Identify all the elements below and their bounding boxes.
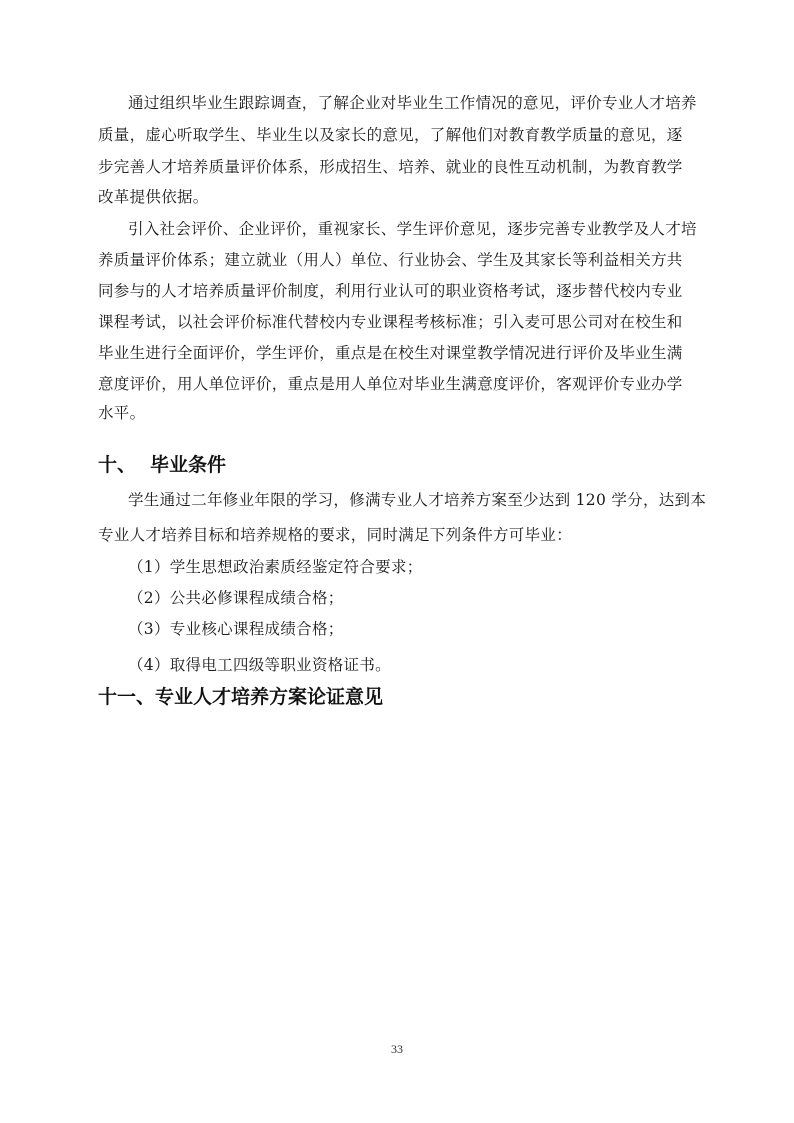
text-line: 专业人才培养目标和培养规格的要求，同时满足下列条件方可毕业： — [98, 525, 708, 545]
text-line: 课程考试，以社会评价标准代替校内专业课程考核标准；引入麦可思公司对在校生和 — [98, 312, 708, 332]
section-heading-graduation-requirements: 十、毕业条件 — [98, 453, 226, 477]
text-line: 质量，虚心听取学生、毕业生以及家长的意见，了解他们对教育教学质量的意见，逐 — [98, 125, 708, 145]
section-title: 专业人才培养方案论证意见 — [155, 686, 383, 708]
list-item: （2）公共必修课程成绩合格； — [128, 588, 738, 608]
text-line: 养质量评价体系；建立就业（用人）单位、行业协会、学生及其家长等利益相关方共 — [98, 250, 708, 270]
text-line: 同参与的人才培养质量评价制度，利用行业认可的职业资格考试，逐步替代校内专业 — [98, 281, 708, 301]
text-line: 步完善人才培养质量评价体系，形成招生、培养、就业的良性互动机制，为教育教学 — [98, 157, 708, 177]
section-heading-program-review: 十一、专业人才培养方案论证意见 — [98, 685, 383, 709]
text-line: 学生通过二年修业年限的学习，修满专业人才培养方案至少达到 120 学分，达到本 — [128, 490, 738, 510]
text-line: 毕业生进行全面评价，学生评价，重点是在校生对课堂教学情况进行评价及毕业生满 — [98, 343, 708, 363]
list-item: （3）专业核心课程成绩合格； — [128, 619, 738, 639]
section-title: 毕业条件 — [150, 454, 226, 476]
page-number: 33 — [0, 1042, 794, 1057]
text-line: 改革提供依据。 — [98, 187, 708, 207]
text-line: 引入社会评价、企业评价，重视家长、学生评价意见，逐步完善专业教学及人才培 — [128, 219, 738, 239]
text-line: 意度评价，用人单位评价，重点是用人单位对毕业生满意度评价，客观评价专业办学 — [98, 374, 708, 394]
text-line: 水平。 — [98, 403, 708, 423]
section-number: 十、 — [98, 453, 150, 477]
section-number: 十一、 — [98, 686, 155, 708]
list-item: （4）取得电工四级等职业资格证书。 — [128, 655, 738, 675]
document-page: 通过组织毕业生跟踪调查，了解企业对毕业生工作情况的意见，评价专业人才培养 质量，… — [0, 0, 794, 1123]
text-line: 通过组织毕业生跟踪调查，了解企业对毕业生工作情况的意见，评价专业人才培养 — [128, 93, 738, 113]
list-item: （1）学生思想政治素质经鉴定符合要求； — [128, 557, 738, 577]
